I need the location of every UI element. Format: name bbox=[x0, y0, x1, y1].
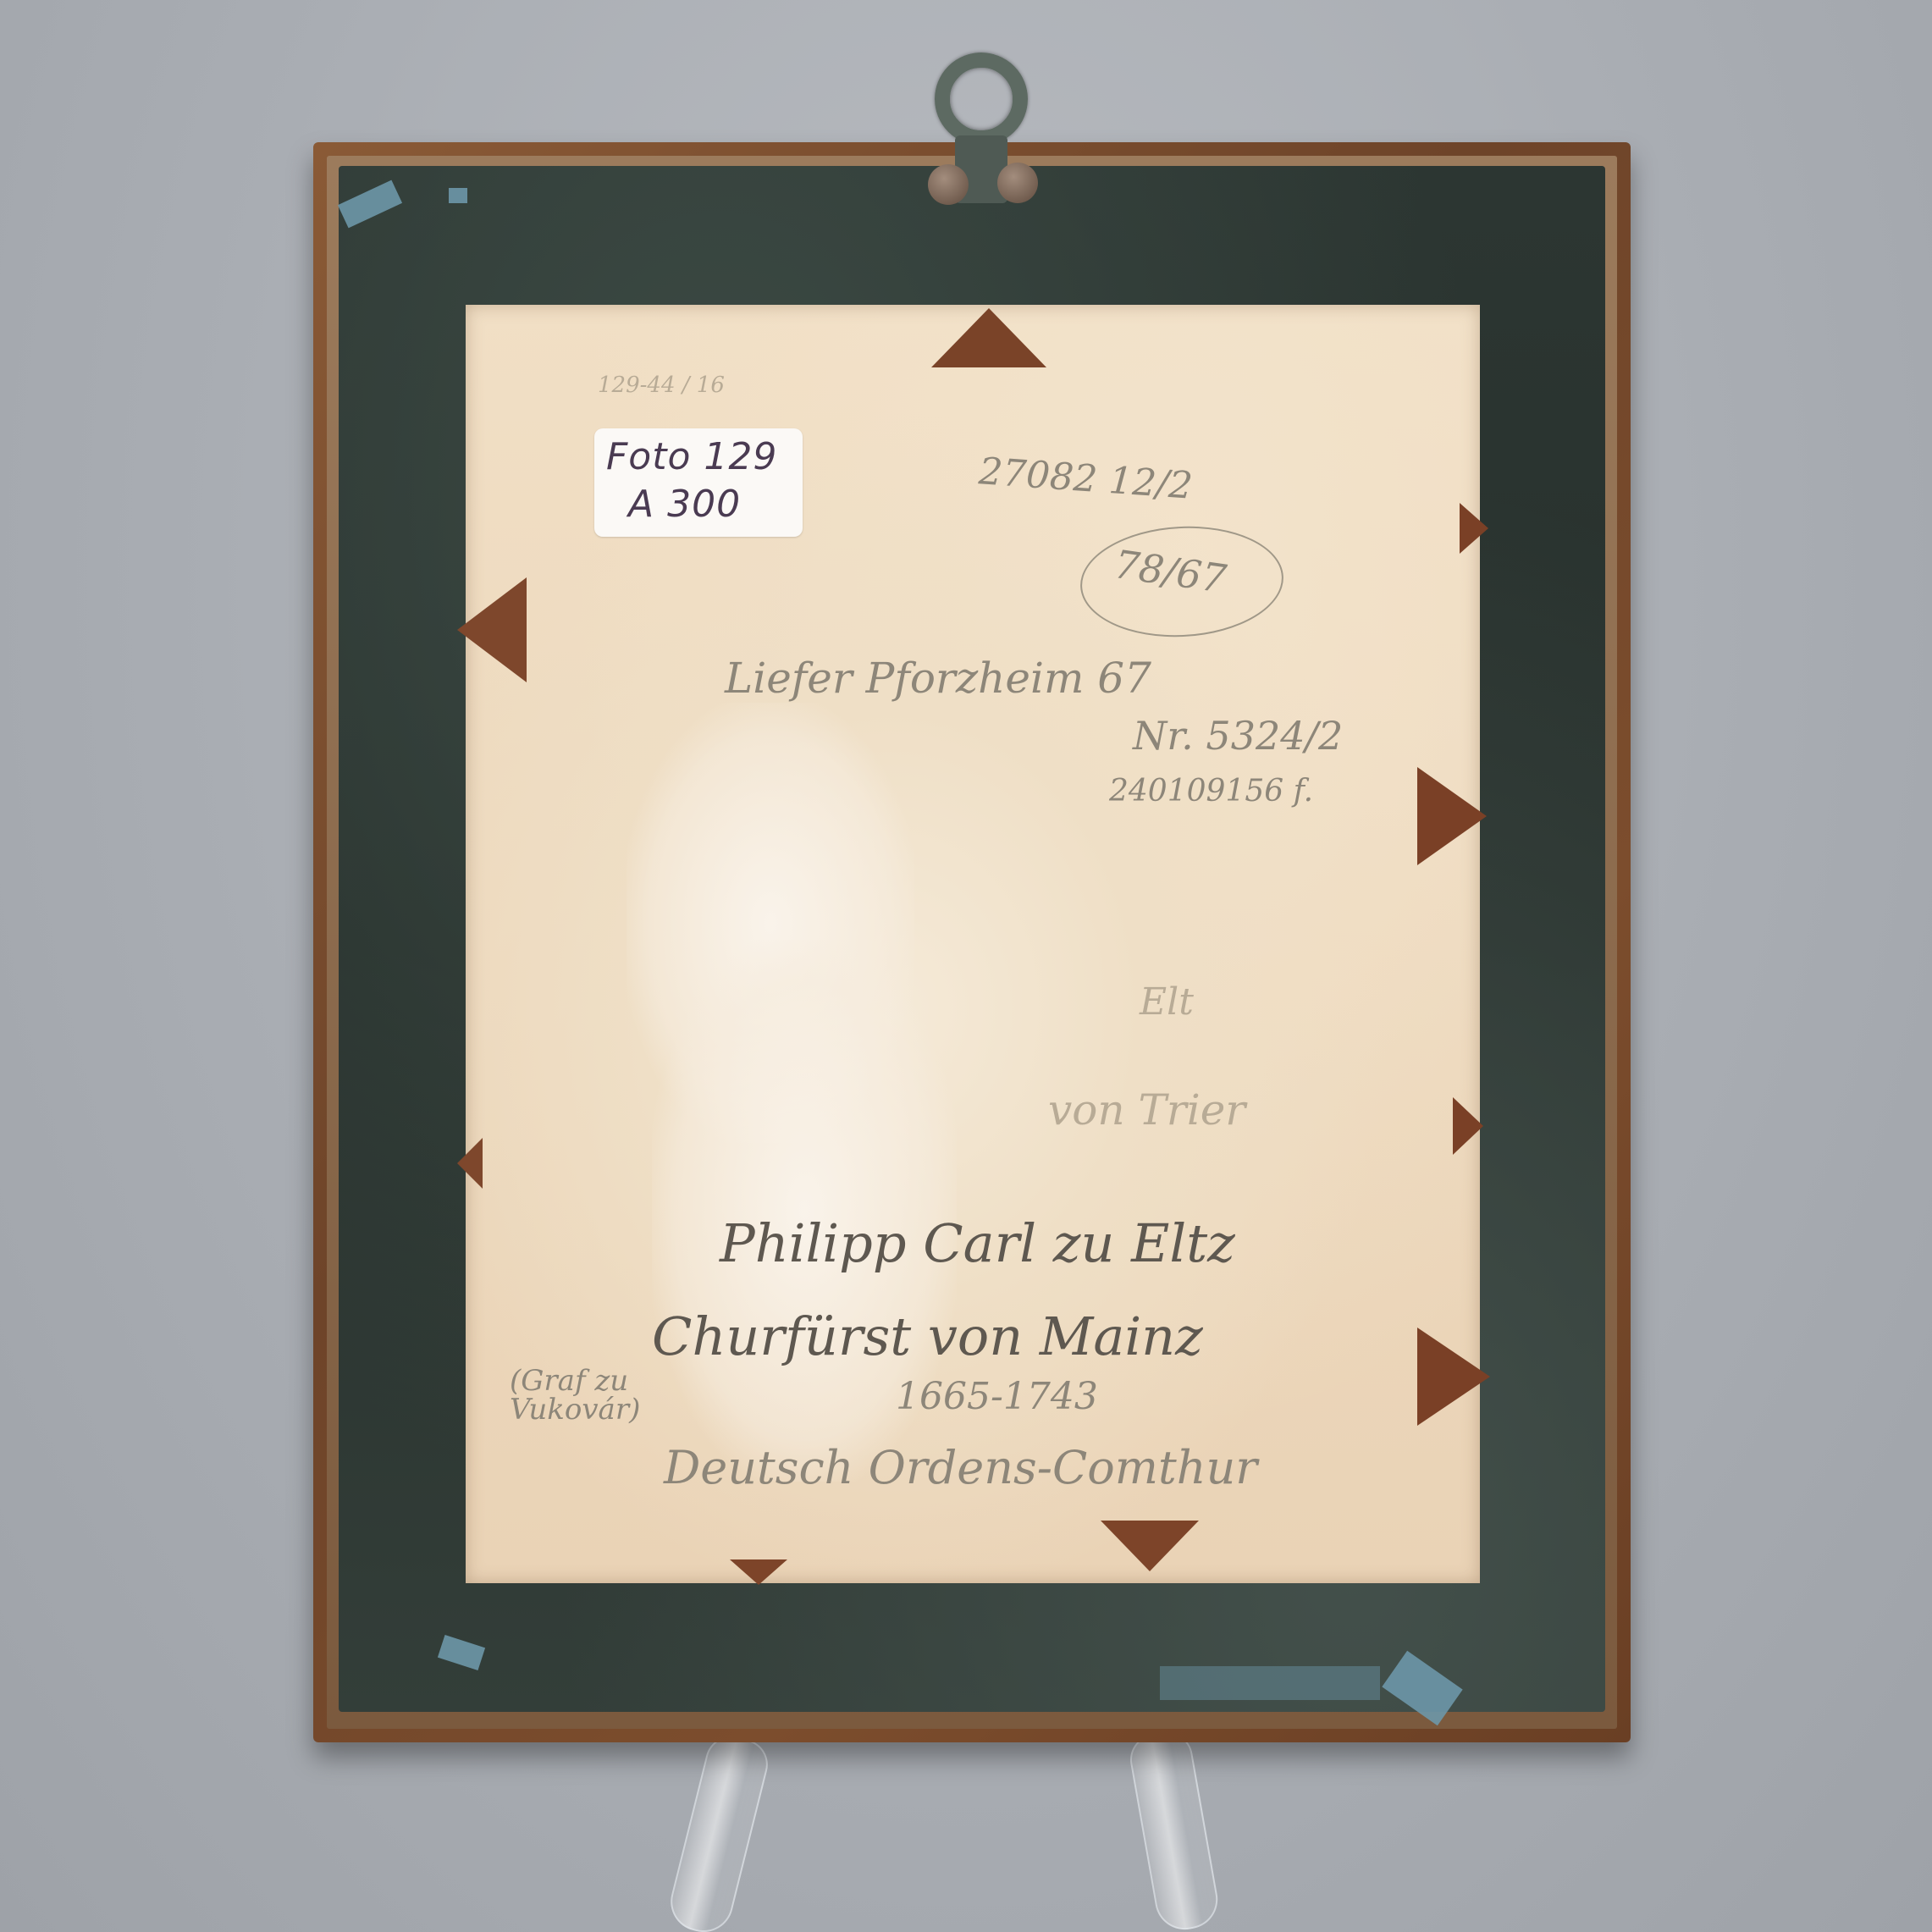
sticker-line-2: A 300 bbox=[628, 483, 741, 526]
side-note: (Graf zu Vukovár) bbox=[510, 1366, 764, 1424]
blue-paper-scrap bbox=[1160, 1666, 1380, 1700]
rusty-tack bbox=[1453, 1097, 1483, 1155]
rivet-right bbox=[997, 163, 1038, 203]
bottom-line: Deutsch Ordens-Comthur bbox=[664, 1441, 1257, 1494]
rivet-left bbox=[928, 164, 969, 205]
stand-leg-left bbox=[665, 1731, 773, 1932]
hanging-ring bbox=[935, 52, 1028, 146]
rusty-tack bbox=[1101, 1521, 1199, 1571]
rusty-tack bbox=[457, 1138, 483, 1189]
dealer-line: Liefer Pforzheim 67 bbox=[725, 654, 1151, 703]
code-line: 240109156 f. bbox=[1109, 774, 1313, 809]
sticker-line-1: Foto 129 bbox=[606, 435, 777, 478]
rusty-tack bbox=[1417, 1328, 1490, 1426]
number-line: Nr. 5324/2 bbox=[1133, 713, 1343, 759]
rusty-tack bbox=[931, 308, 1046, 367]
rusty-tack bbox=[1417, 767, 1487, 865]
stand-leg-right bbox=[1126, 1728, 1223, 1932]
faded-text: Elt bbox=[1140, 980, 1194, 1024]
faded-text: von Trier bbox=[1048, 1085, 1245, 1134]
inventory-sticker: Foto 129 A 300 bbox=[594, 428, 803, 537]
rusty-tack bbox=[730, 1559, 787, 1585]
title-line-2: Churfürst von Mainz bbox=[652, 1305, 1203, 1367]
rusty-tack bbox=[1460, 503, 1488, 554]
blue-paper-scrap bbox=[449, 188, 467, 203]
title-line-1: Philipp Carl zu Eltz bbox=[720, 1212, 1235, 1274]
dates: 1665-1743 bbox=[896, 1375, 1098, 1418]
faint-number: 129-44 / 16 bbox=[598, 373, 725, 398]
rusty-tack bbox=[457, 577, 527, 682]
